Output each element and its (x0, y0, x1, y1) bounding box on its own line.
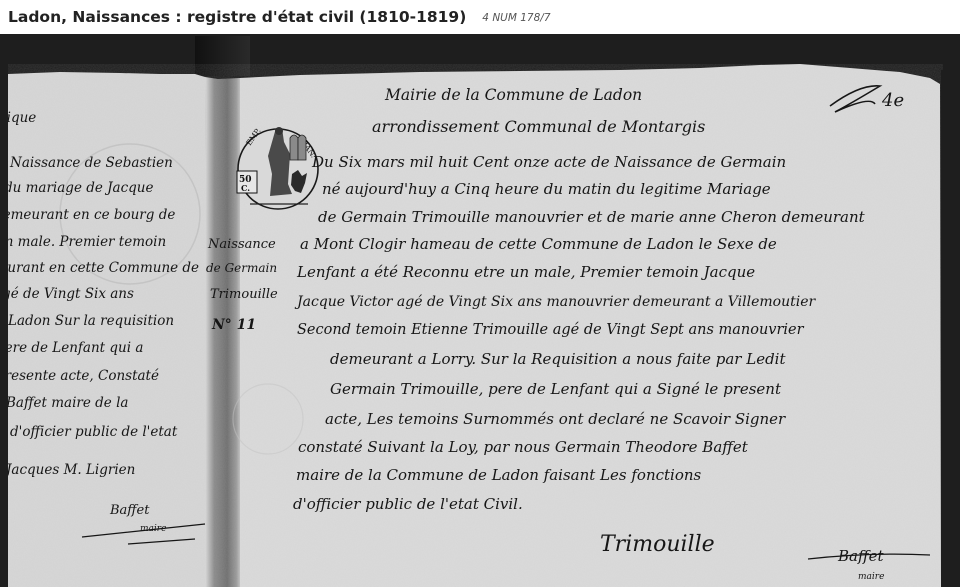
svg-text:de Germain: de Germain (206, 261, 277, 275)
register-scan-image: EMP. FRAN. 50 C. gique Naissance de Seba… (0, 34, 960, 587)
page-header: Ladon, Naissances : registre d'état civi… (0, 0, 960, 34)
svg-text:du mariage de Jacque: du mariage de Jacque (4, 180, 154, 196)
svg-text:4e: 4e (881, 90, 904, 111)
archive-reference: 4 NUM 178/7 (482, 12, 550, 24)
svg-text:né aujourd'huy a Cinq heure du: né aujourd'huy a Cinq heure du matin du … (322, 180, 771, 198)
svg-text:Jacque Victor agé de Vingt Six: Jacque Victor agé de Vingt Six ans manou… (294, 294, 816, 310)
svg-text:demeurant en ce bourg de: demeurant en ce bourg de (0, 207, 175, 223)
svg-text:acte, Les temoins Surnommés on: acte, Les temoins Surnommés ont declaré … (325, 410, 786, 428)
svg-text:a Mont Clogir hameau de cette: a Mont Clogir hameau de cette Commune de… (300, 235, 777, 253)
svg-text:C.: C. (241, 183, 250, 193)
svg-text:Baffet: Baffet (109, 503, 150, 518)
svg-text:Jacques M. Ligrien: Jacques M. Ligrien (3, 462, 135, 478)
svg-text:Second temoin Etienne Trimouil: Second temoin Etienne Trimouille agé de … (297, 322, 805, 338)
svg-text:Baffet maire de la: Baffet maire de la (5, 395, 128, 411)
svg-text:de Germain Trimouille manouvri: de Germain Trimouille manouvrier et de m… (318, 208, 866, 226)
svg-text:agé de Vingt Six ans: agé de Vingt Six ans (0, 286, 134, 302)
svg-text:d'officier public de l'etat Ci: d'officier public de l'etat Civil. (293, 495, 523, 513)
svg-text:demeurant en cette Commune de: demeurant en cette Commune de (0, 260, 199, 276)
svg-text:demeurant a Lorry. Sur la Requ: demeurant a Lorry. Sur la Requisition a … (330, 350, 786, 368)
svg-text:Ladon Sur la requisition: Ladon Sur la requisition (7, 313, 174, 329)
svg-text:Trimouille: Trimouille (600, 532, 715, 557)
svg-text:d'officier public de l'etat: d'officier public de l'etat (10, 424, 178, 440)
svg-text:Lenfant a été Reconnu etre un: Lenfant a été Reconnu etre un male, Prem… (296, 263, 755, 281)
svg-text:presente acte, Constaté: presente acte, Constaté (0, 368, 159, 384)
svg-text:Mairie de la Commune de Ladon: Mairie de la Commune de Ladon (384, 86, 642, 104)
svg-text:Trimouille: Trimouille (210, 287, 278, 302)
svg-text:maire de la Commune de Ladon f: maire de la Commune de Ladon faisant Les… (296, 466, 702, 484)
imperial-tax-stamp: EMP. FRAN. 50 C. (237, 126, 318, 209)
svg-text:un male. Premier temoin: un male. Premier temoin (0, 234, 166, 250)
svg-text:pere de Lenfant qui a: pere de Lenfant qui a (0, 340, 143, 356)
svg-text:maire: maire (858, 572, 884, 582)
svg-text:arrondissement Communal de Mon: arrondissement Communal de Montargis (372, 117, 705, 136)
svg-text:constaté Suivant la Loy, par n: constaté Suivant la Loy, par nous Germai… (298, 438, 749, 456)
svg-text:Germain Trimouille, pere de Le: Germain Trimouille, pere de Lenfant qui … (330, 380, 782, 398)
document-scan-viewer[interactable]: EMP. FRAN. 50 C. gique Naissance de Seba… (0, 34, 960, 587)
page-title: Ladon, Naissances : registre d'état civi… (8, 8, 466, 26)
svg-text:Naissance de Sebastien: Naissance de Sebastien (9, 155, 173, 171)
svg-text:N° 11: N° 11 (211, 317, 256, 333)
svg-text:Naissance: Naissance (207, 237, 276, 252)
svg-text:Du Six mars mil huit Cent onze: Du Six mars mil huit Cent onze acte de N… (311, 153, 786, 171)
